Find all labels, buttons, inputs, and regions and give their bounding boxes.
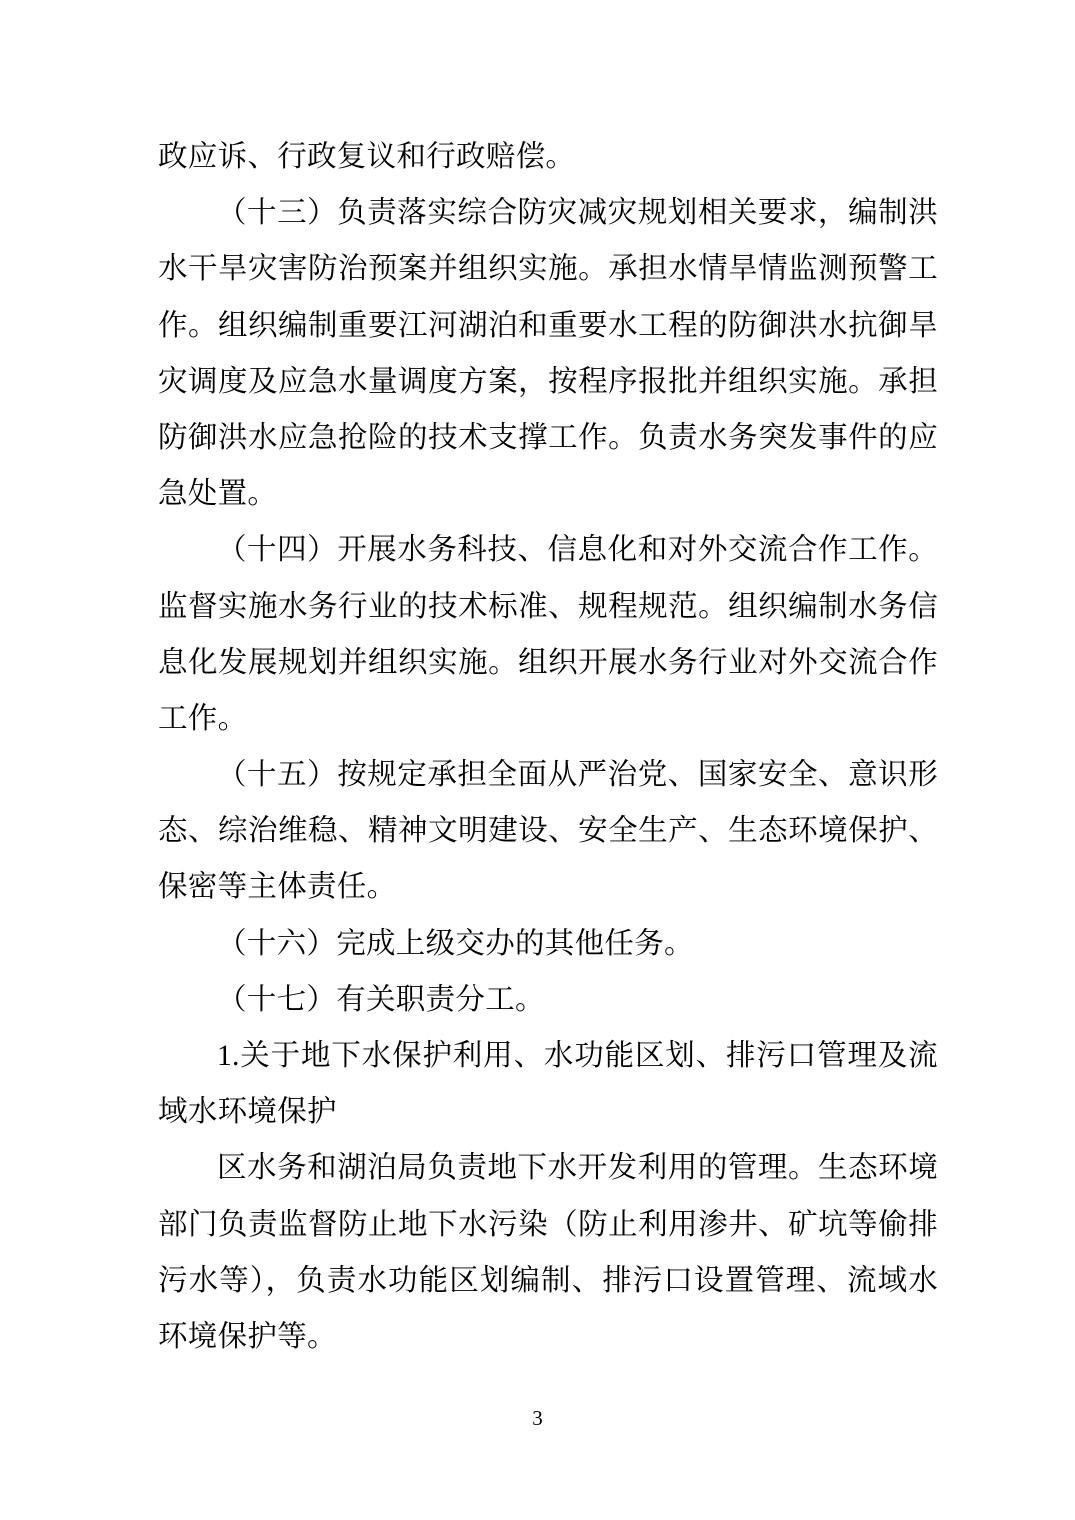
page-footer: 3	[0, 1404, 1075, 1432]
text-line: 急处置。	[158, 466, 938, 522]
text-line: 1.关于地下水保护利用、水功能区划、排污口管理及流	[158, 1028, 938, 1084]
paragraph: 1.关于地下水保护利用、水功能区划、排污口管理及流域水环境保护	[158, 1028, 938, 1140]
text-line: 政应诉、行政复议和行政赔偿。	[158, 129, 938, 185]
text-line: （十三）负责落实综合防灾减灾规划相关要求，编制洪	[158, 185, 938, 241]
paragraph: （十四）开展水务科技、信息化和对外交流合作工作。监督实施水务行业的技术标准、规程…	[158, 522, 938, 747]
text-line: （十五）按规定承担全面从严治党、国家安全、意识形	[158, 747, 938, 803]
document-page: 政应诉、行政复议和行政赔偿。（十三）负责落实综合防灾减灾规划相关要求，编制洪水干…	[0, 0, 1075, 1520]
text-line: 工作。	[158, 691, 938, 747]
paragraph: 区水务和湖泊局负责地下水开发利用的管理。生态环境部门负责监督防止地下水污染（防止…	[158, 1140, 938, 1365]
paragraph: （十五）按规定承担全面从严治党、国家安全、意识形态、综治维稳、精神文明建设、安全…	[158, 747, 938, 916]
text-line: （十六）完成上级交办的其他任务。	[158, 916, 938, 972]
text-line: 防御洪水应急抢险的技术支撑工作。负责水务突发事件的应	[158, 410, 938, 466]
text-line: 作。组织编制重要江河湖泊和重要水工程的防御洪水抗御旱	[158, 298, 938, 354]
paragraph: （十六）完成上级交办的其他任务。	[158, 916, 938, 972]
text-line: （十七）有关职责分工。	[158, 972, 938, 1028]
paragraph: （十七）有关职责分工。	[158, 972, 938, 1028]
paragraph: 政应诉、行政复议和行政赔偿。	[158, 129, 938, 185]
text-line: 污水等），负责水功能区划编制、排污口设置管理、流域水	[158, 1253, 938, 1309]
text-line: 态、综治维稳、精神文明建设、安全生产、生态环境保护、	[158, 803, 938, 859]
text-line: 灾调度及应急水量调度方案，按程序报批并组织实施。承担	[158, 354, 938, 410]
text-line: 监督实施水务行业的技术标准、规程规范。组织编制水务信	[158, 579, 938, 635]
text-line: 区水务和湖泊局负责地下水开发利用的管理。生态环境	[158, 1140, 938, 1196]
text-line: 部门负责监督防止地下水污染（防止利用渗井、矿坑等偷排	[158, 1197, 938, 1253]
text-line: 环境保护等。	[158, 1309, 938, 1365]
text-line: 保密等主体责任。	[158, 859, 938, 915]
document-body: 政应诉、行政复议和行政赔偿。（十三）负责落实综合防灾减灾规划相关要求，编制洪水干…	[158, 129, 938, 1365]
text-line: 息化发展规划并组织实施。组织开展水务行业对外交流合作	[158, 635, 938, 691]
paragraph: （十三）负责落实综合防灾减灾规划相关要求，编制洪水干旱灾害防治预案并组织实施。承…	[158, 185, 938, 522]
text-line: 水干旱灾害防治预案并组织实施。承担水情旱情监测预警工	[158, 241, 938, 297]
text-line: 域水环境保护	[158, 1084, 938, 1140]
page-number: 3	[532, 1406, 543, 1430]
text-line: （十四）开展水务科技、信息化和对外交流合作工作。	[158, 522, 938, 578]
